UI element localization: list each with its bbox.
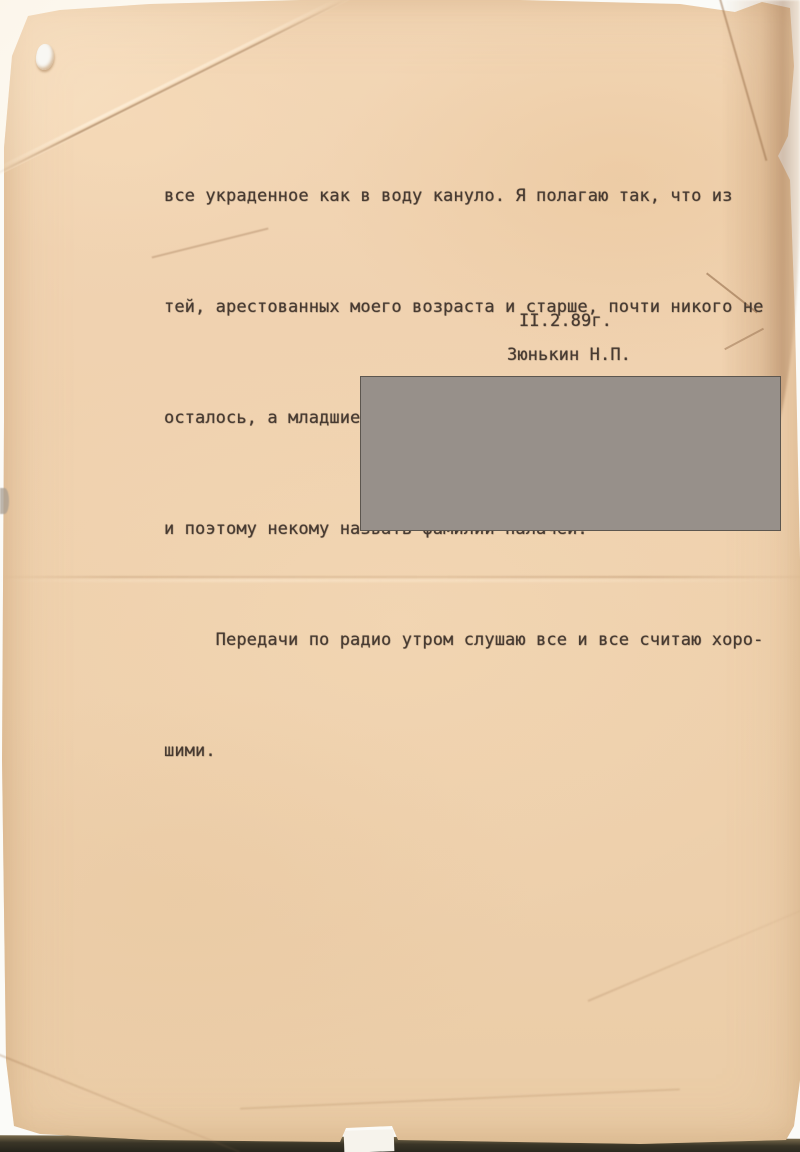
letter-line: тей, арестованных моего возраста и старш… xyxy=(164,289,763,326)
redaction-block xyxy=(360,376,781,531)
letter-line: все украденное как в воду кануло. Я пола… xyxy=(164,178,763,215)
letter-line: Передачи по радио утром слушаю все и все… xyxy=(164,622,763,659)
scanned-letter-page: все украденное как в воду кануло. Я пола… xyxy=(0,0,800,1152)
letter-date: II.2.89г. xyxy=(519,311,612,331)
letter-line: шими. xyxy=(164,733,763,770)
scanner-edge-notch xyxy=(344,1129,395,1152)
letter-signature: Зюнькин Н.П. xyxy=(507,345,631,365)
